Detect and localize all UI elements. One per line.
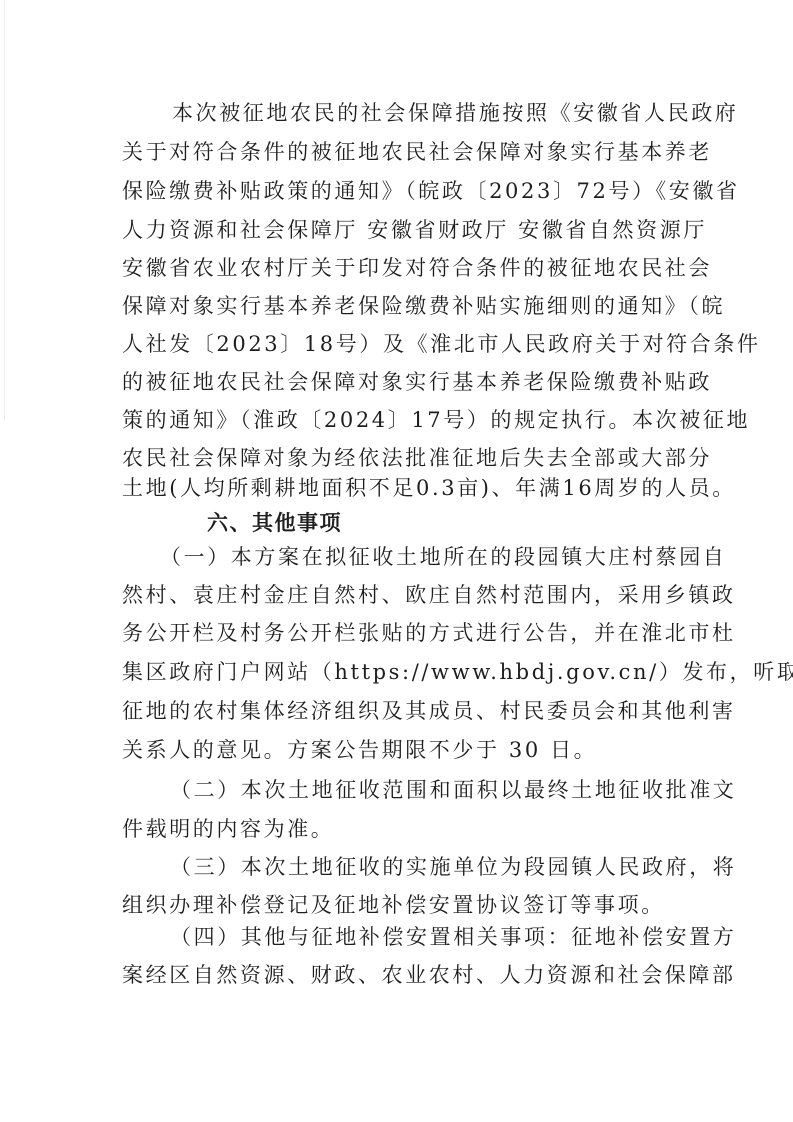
text-line: 安徽省农业农村厅关于印发对符合条件的被征地农民社会: [122, 249, 674, 287]
text-line: 策的通知》（淮政〔2024〕17号）的规定执行。本次被征地: [122, 401, 674, 439]
document-page: 本次被征地农民的社会保障措施按照《安徽省人民政府 关于对符合条件的被征地农民社会…: [0, 0, 793, 1122]
text-line: 关于对符合条件的被征地农民社会保障对象实行基本养老: [122, 133, 674, 171]
text-line: （一）本方案在拟征收土地所在的段园镇大庄村蔡园自: [160, 538, 674, 576]
text-line: 案经区自然资源、财政、农业农村、人力资源和社会保障部: [122, 956, 674, 994]
text-line: 人社发〔2023〕18号）及《淮北市人民政府关于对符合条件: [122, 325, 674, 363]
text-line: 关系人的意见。方案公告期限不少于 30 日。: [122, 731, 674, 769]
text-line: （二）本次土地征收范围和面积以最终土地征收批准文: [170, 771, 674, 809]
text-line: 务公开栏及村务公开栏张贴的方式进行公告，并在淮北市杜: [122, 614, 674, 652]
text-line: （四）其他与征地补偿安置相关事项：征地补偿安置方: [170, 918, 674, 956]
text-line: 的被征地农民社会保障对象实行基本养老保险缴费补贴政: [122, 363, 674, 401]
text-line: 然村、袁庄村金庄自然村、欧庄自然村范围内，采用乡镇政: [122, 576, 674, 614]
text-line: 本次被征地农民的社会保障措施按照《安徽省人民政府: [172, 94, 674, 132]
text-line: 土地(人均所剩耕地面积不足0.3亩)、年满16周岁的人员。: [122, 469, 674, 507]
text-line: 集区政府门户网站（https://www.hbdj.gov.cn/）发布，听取被: [122, 653, 674, 691]
text-line: 保障对象实行基本养老保险缴费补贴实施细则的通知》（皖: [122, 287, 674, 325]
section-heading: 六、其他事项: [207, 504, 342, 542]
text-line: 人力资源和社会保障厅 安徽省财政厅 安徽省自然资源厅: [122, 211, 674, 249]
text-line: （三）本次土地征收的实施单位为段园镇人民政府，将: [170, 848, 674, 886]
text-line: 件载明的内容为准。: [122, 810, 674, 848]
text-line: 征地的农村集体经济组织及其成员、村民委员会和其他利害: [122, 692, 674, 730]
text-line: 保险缴费补贴政策的通知》（皖政〔2023〕72号）《安徽省: [122, 172, 674, 210]
